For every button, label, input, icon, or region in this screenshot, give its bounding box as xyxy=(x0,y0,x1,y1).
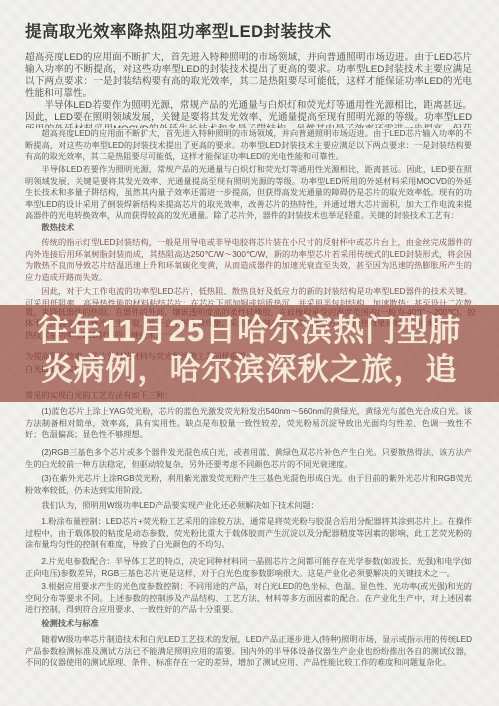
article-title: 提高取光效率降热阻功率型LED封装技术 xyxy=(25,20,472,48)
body-paragraph-semiconductor: 半导体LED若要作为照明光源，常规产品的光通量与白炽灯和荧光灯等通用性光源相比，… xyxy=(25,164,472,223)
section-heading-heat: 散热技术 xyxy=(25,222,472,235)
lead-paragraph-2: 半导体LED若要作为照明光源，常规产品的光通量与白炽灯和荧光灯等通用性光源相比，… xyxy=(25,100,472,128)
bleed-through-text: 常见的实现白光的工艺方法有如下三种： xyxy=(25,390,491,401)
body-paragraph-industrialization: 我们认为，照明用W级功率LED产品要实现产业化还必须解决如下技术问题： xyxy=(25,500,472,513)
body-paragraph-issue-3: 3.根据应用要求产生的光色度参数控制：不同用途的产品，对白光LED的色坐标、色温… xyxy=(25,581,472,618)
body-paragraph-white-method-2: (2)RGB三基色多个芯片或多个器件发光混色成白光，或者用蓝、黄绿色双芯片补色产… xyxy=(25,447,472,473)
document-page: 提高取光效率降热阻功率型LED封装技术 超高亮度LED的应用面不断扩大，首先进入… xyxy=(0,0,499,706)
body-paragraph-white-method-3: (3)在紫外光芯片上涂RGB荧光粉，利用紫光激发荧光粉产生三基色光混色形成白光。… xyxy=(25,473,472,499)
section-heading-testing: 检测技术与标准 xyxy=(25,618,472,631)
lead-paragraph-1: 超高亮度LED的应用面不断扩大，首先进入特种照明的市场领域，并向普通照明市场迈进… xyxy=(25,52,472,100)
banner-title-line-1: 往年11月25日哈尔滨热门型肺 xyxy=(0,313,499,349)
body-paragraph-issue-1: 1.粉涂布量控制：LED芯片+荧光粉工艺采用的涂胶方法，通常是将荧光粉与胶混合后… xyxy=(25,516,472,555)
body-paragraph-overview: 超高亮度LED的应用面不断扩大，首先进入特种照明的市场领域，并向普通照明市场迈进… xyxy=(25,128,472,165)
body-paragraph-traditional: 传统的指示灯型LED封装结构，一般是用导电或非导电胶将芯片装在小尺寸的反射杯中或… xyxy=(25,237,472,286)
body-paragraph-white-method-1: (1)蓝色芯片上涂上YAG荧光粉，芯片的蓝色光激发荧光粉发出540nm～560n… xyxy=(25,406,472,446)
banner-title-line-2: 炎病例，哈尔滨深秋之旅，追 xyxy=(0,352,499,388)
body-paragraph-issue-2: 2.片光电参数配合：半导体工艺的特点，决定同种材料同一晶圆芯片之间都可能存在光学… xyxy=(25,556,472,581)
lead-section: 超高亮度LED的应用面不断扩大，首先进入特种照明的市场领域，并向普通照明市场迈进… xyxy=(25,52,472,128)
promo-overlay-banner[interactable]: 置，来降低器件的热阻。在器件的外部，镶嵌透明度高的柔性硅橡胶，在硅橡胶承受的温度… xyxy=(0,305,499,402)
body-paragraph-testing: 随着W级功率芯片制造技术和白光LED工艺技术的发展，LED产品正逐步进入(特种)… xyxy=(25,634,472,672)
